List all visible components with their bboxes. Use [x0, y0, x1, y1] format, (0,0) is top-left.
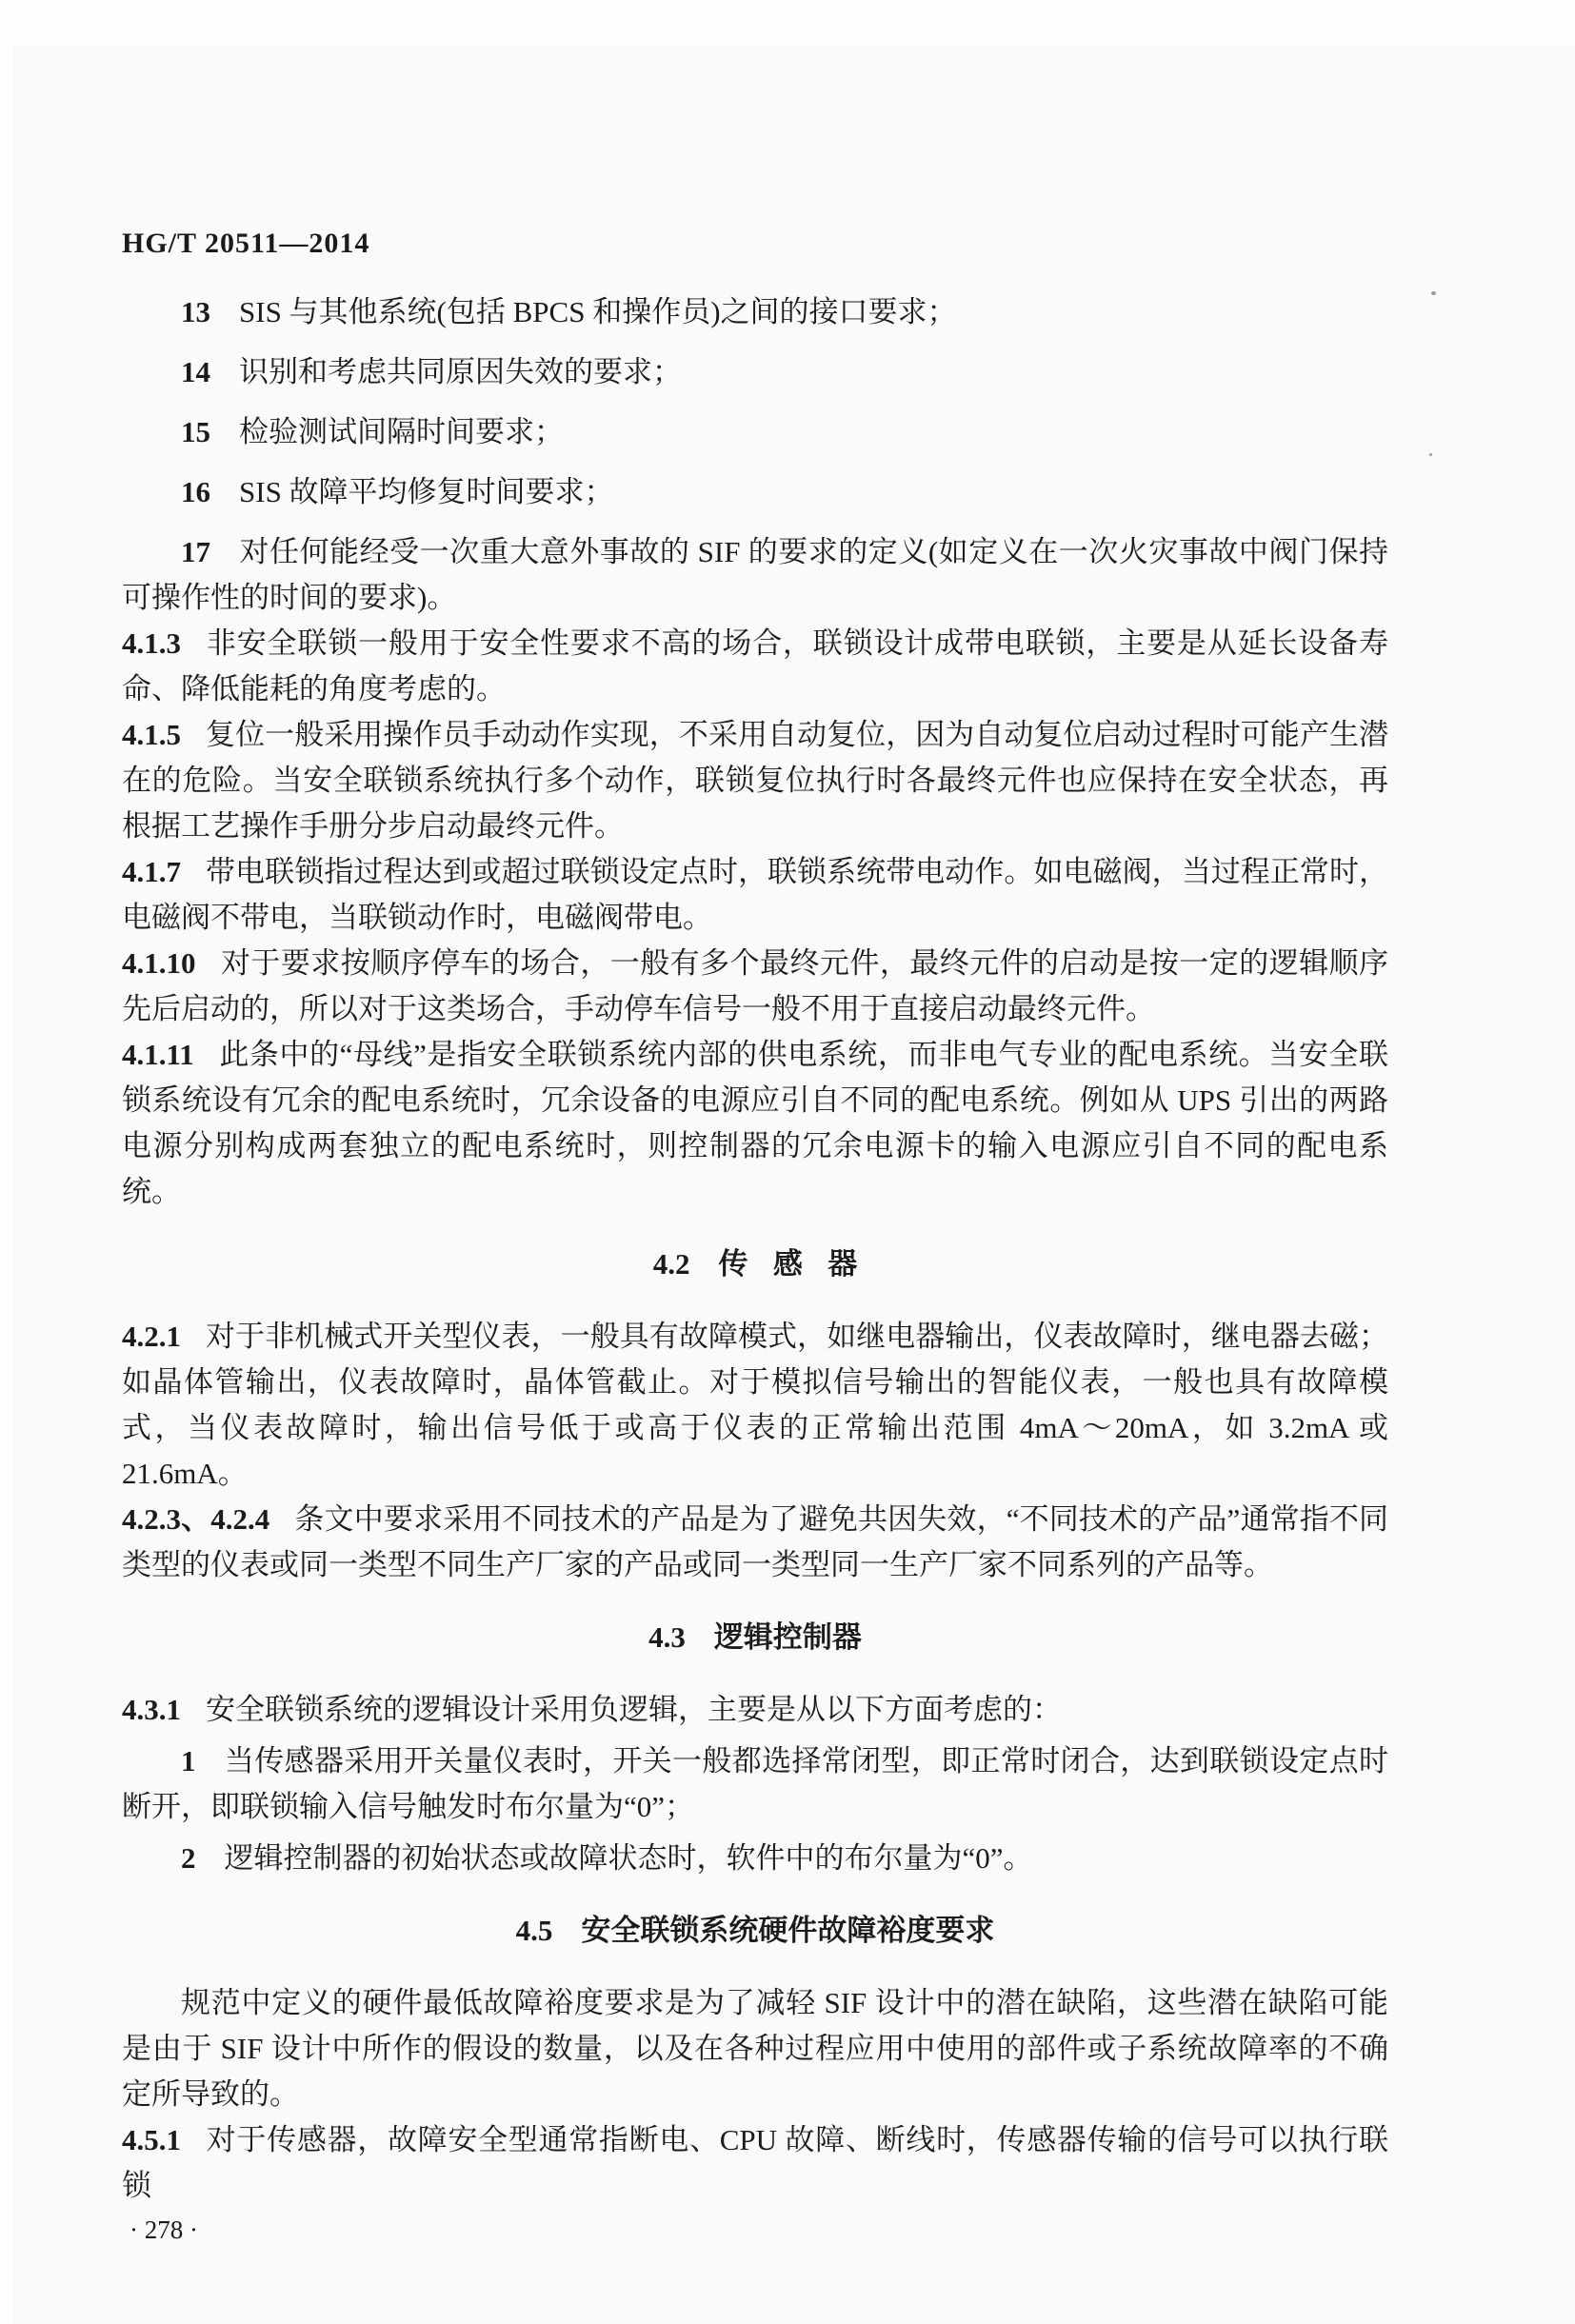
clause-number: 4.1.5 [122, 718, 181, 751]
heading-title: 传感器 [719, 1247, 883, 1281]
list-item-16: 16SIS 故障平均修复时间要求； [122, 469, 1388, 515]
list-item-17: 17对任何能经受一次重大意外事故的 SIF 的要求的定义(如定义在一次火灾事故中… [122, 529, 1388, 621]
clause-4-1-7: 4.1.7带电联锁指过程达到或超过联锁设定点时，联锁系统带电动作。如电磁阀，当过… [122, 849, 1388, 941]
item-text: 对任何能经受一次重大意外事故的 SIF 的要求的定义(如定义在一次火灾事故中阀门… [122, 535, 1388, 614]
clause-text: 复位一般采用操作员手动动作实现，不采用自动复位，因为自动复位启动过程时可能产生潜… [122, 718, 1388, 843]
clause-number: 4.1.3 [122, 626, 181, 660]
section-heading-4-5: 4.5安全联锁系统硬件故障裕度要求 [122, 1908, 1388, 1954]
page-content: HG/T 20511—2014 13SIS 与其他系统(包括 BPCS 和操作员… [0, 0, 1575, 2245]
item-text: SIS 故障平均修复时间要求； [239, 475, 614, 508]
item-number: 15 [181, 415, 210, 448]
clause-4-1-11: 4.1.11此条中的“母线”是指安全联锁系统内部的供电系统，而非电气专业的配电系… [122, 1032, 1388, 1215]
document-page: HG/T 20511—2014 13SIS 与其他系统(包括 BPCS 和操作员… [0, 0, 1575, 2324]
clause-number: 4.1.7 [122, 855, 181, 888]
clause-number: 4.2.3、4.2.4 [122, 1502, 269, 1536]
item-number: 16 [181, 475, 210, 508]
clause-text: 对于要求按顺序停车的场合，一般有多个最终元件，最终元件的启动是按一定的逻辑顺序先… [122, 946, 1388, 1025]
clause-4-1-10: 4.1.10对于要求按顺序停车的场合，一般有多个最终元件，最终元件的启动是按一定… [122, 941, 1388, 1032]
clause-4-2-1: 4.2.1对于非机械式开关型仪表，一般具有故障模式，如继电器输出，仪表故障时，继… [122, 1314, 1388, 1497]
heading-number: 4.5 [516, 1914, 553, 1947]
clause-number: 4.1.10 [122, 946, 196, 980]
clauses-4-3: 4.3.1安全联锁系统的逻辑设计采用负逻辑，主要是从以下方面考虑的： 1当传感器… [122, 1687, 1388, 1881]
clause-number: 4.5.1 [122, 2123, 181, 2156]
list-item-14: 14识别和考虑共同原因失效的要求； [122, 349, 1388, 395]
page-number: · 278 · [122, 2215, 1388, 2245]
clause-4-1-5: 4.1.5复位一般采用操作员手动动作实现，不采用自动复位，因为自动复位启动过程时… [122, 712, 1388, 849]
heading-number: 4.3 [648, 1620, 686, 1654]
clause-number: 4.1.11 [122, 1038, 194, 1071]
item-number: 2 [181, 1841, 196, 1875]
item-text: 识别和考虑共同原因失效的要求； [239, 355, 682, 388]
clause-text: 非安全联锁一般用于安全性要求不高的场合，联锁设计成带电联锁，主要是从延长设备寿命… [122, 626, 1388, 705]
heading-title: 逻辑控制器 [714, 1620, 862, 1654]
heading-title: 安全联锁系统硬件故障裕度要求 [581, 1914, 994, 1947]
list-item-13: 13SIS 与其他系统(包括 BPCS 和操作员)之间的接口要求； [122, 289, 1388, 335]
clause-text: 对于非机械式开关型仪表，一般具有故障模式，如继电器输出，仪表故障时，继电器去磁；… [122, 1320, 1388, 1490]
sub-item-1: 1当传感器采用开关量仪表时，开关一般都选择常闭型，即正常时闭合，达到联锁设定点时… [122, 1738, 1388, 1830]
item-text: 检验测试间隔时间要求； [239, 415, 564, 448]
clause-text: 安全联锁系统的逻辑设计采用负逻辑，主要是从以下方面考虑的： [206, 1693, 1062, 1726]
clause-text: 条文中要求采用不同技术的产品是为了避免共因失效，“不同技术的产品”通常指不同类型… [122, 1502, 1388, 1581]
clause-4-5-1: 4.5.1对于传感器，故障安全型通常指断电、CPU 故障、断线时，传感器传输的信… [122, 2117, 1388, 2209]
heading-number: 4.2 [653, 1247, 690, 1281]
clause-text: 对于传感器，故障安全型通常指断电、CPU 故障、断线时，传感器传输的信号可以执行… [122, 2123, 1388, 2202]
item-text: 逻辑控制器的初始状态或故障状态时，软件中的布尔量为“0”。 [225, 1841, 1033, 1875]
clause-4-3-1: 4.3.1安全联锁系统的逻辑设计采用负逻辑，主要是从以下方面考虑的： [122, 1687, 1388, 1733]
section-4-5-intro: 规范中定义的硬件最低故障裕度要求是为了减轻 SIF 设计中的潜在缺陷，这些潜在缺… [122, 1980, 1388, 2117]
requirements-list: 13SIS 与其他系统(包括 BPCS 和操作员)之间的接口要求； 14识别和考… [122, 289, 1388, 621]
clauses-4-5: 规范中定义的硬件最低故障裕度要求是为了减轻 SIF 设计中的潜在缺陷，这些潜在缺… [122, 1980, 1388, 2209]
item-number: 14 [181, 355, 210, 388]
clauses-4-1: 4.1.3非安全联锁一般用于安全性要求不高的场合，联锁设计成带电联锁，主要是从延… [122, 621, 1388, 1215]
section-heading-4-2: 4.2传感器 [122, 1241, 1388, 1287]
clause-4-2-3-4-2-4: 4.2.3、4.2.4条文中要求采用不同技术的产品是为了避免共因失效，“不同技术… [122, 1497, 1388, 1588]
list-item-15: 15检验测试间隔时间要求； [122, 409, 1388, 455]
document-code: HG/T 20511—2014 [122, 227, 1388, 261]
item-number: 1 [181, 1744, 196, 1778]
clause-number: 4.3.1 [122, 1693, 181, 1726]
section-heading-4-3: 4.3逻辑控制器 [122, 1615, 1388, 1660]
clause-4-1-3: 4.1.3非安全联锁一般用于安全性要求不高的场合，联锁设计成带电联锁，主要是从延… [122, 621, 1388, 712]
clauses-4-2: 4.2.1对于非机械式开关型仪表，一般具有故障模式，如继电器输出，仪表故障时，继… [122, 1314, 1388, 1588]
clause-number: 4.2.1 [122, 1320, 181, 1353]
item-text: 当传感器采用开关量仪表时，开关一般都选择常闭型，即正常时闭合，达到联锁设定点时断… [122, 1744, 1388, 1823]
item-number: 13 [181, 295, 210, 328]
item-text: SIS 与其他系统(包括 BPCS 和操作员)之间的接口要求； [239, 295, 957, 328]
clause-text: 带电联锁指过程达到或超过联锁设定点时，联锁系统带电动作。如电磁阀，当过程正常时，… [122, 855, 1388, 934]
clause-text: 此条中的“母线”是指安全联锁系统内部的供电系统，而非电气专业的配电系统。当安全联… [122, 1038, 1388, 1208]
item-number: 17 [181, 535, 210, 568]
sub-item-2: 2逻辑控制器的初始状态或故障状态时，软件中的布尔量为“0”。 [122, 1836, 1388, 1881]
